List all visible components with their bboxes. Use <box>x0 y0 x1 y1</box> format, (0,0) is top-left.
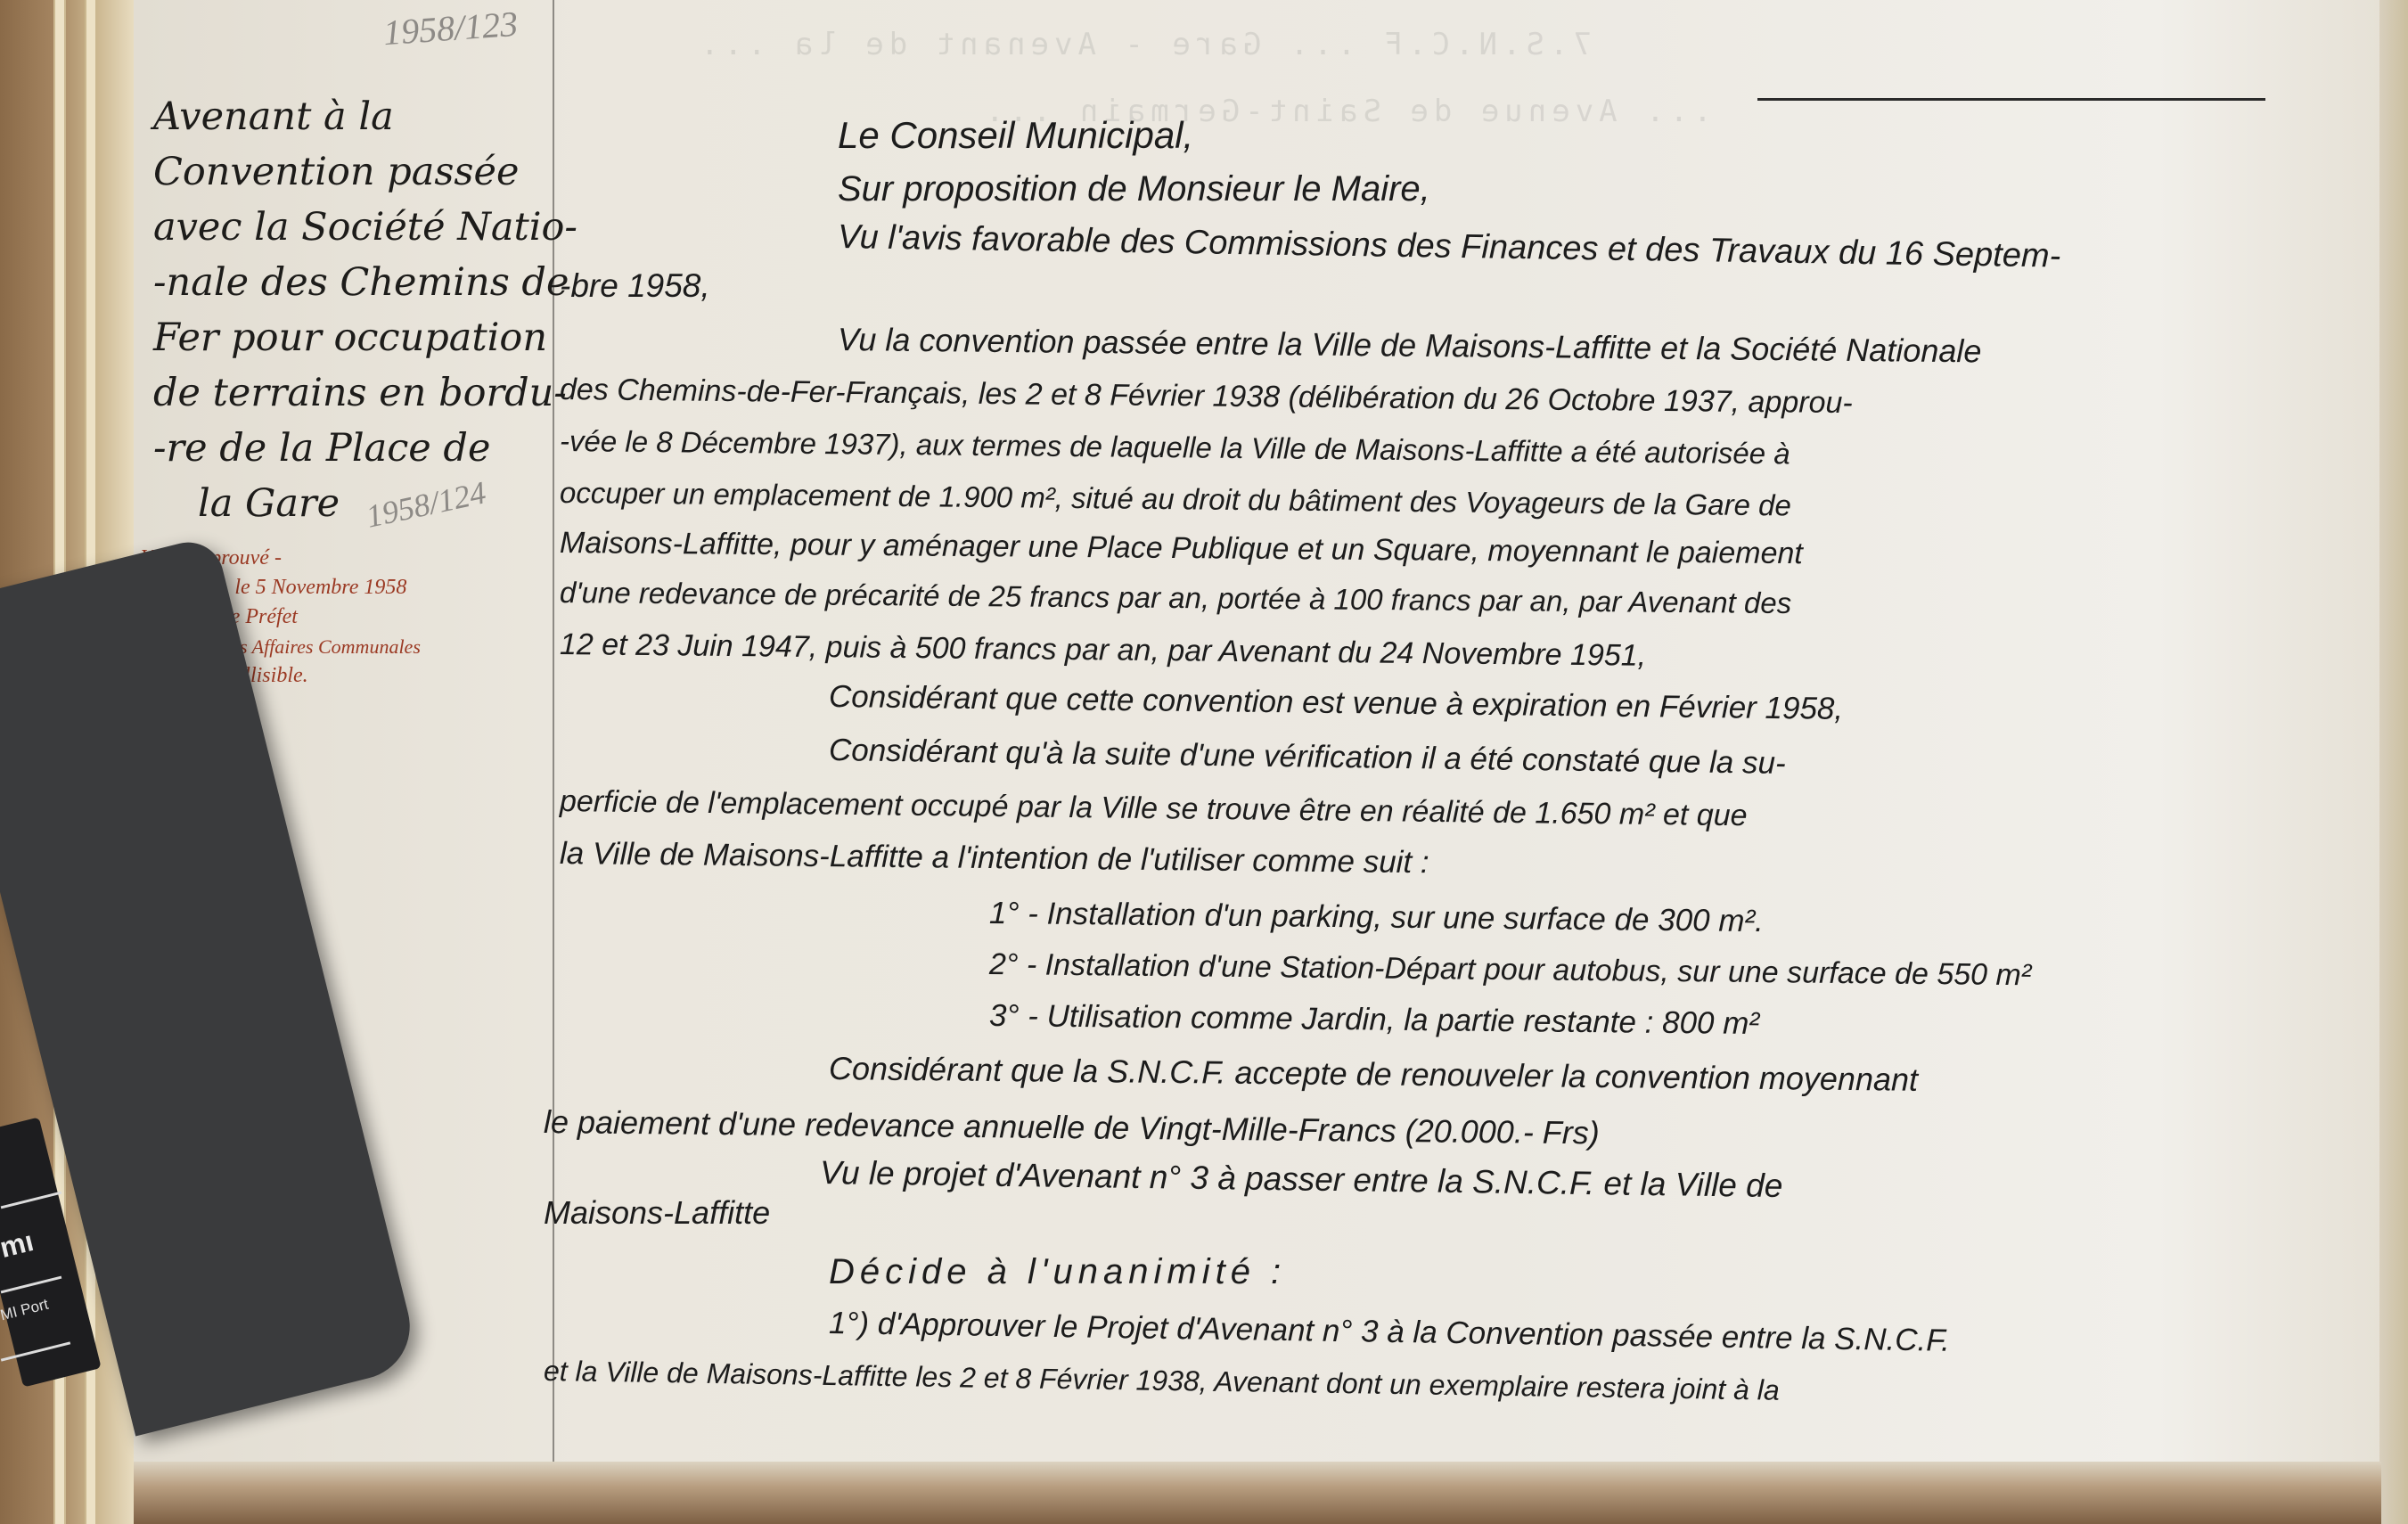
ledger-bottom-edge <box>134 1462 2381 1524</box>
body-line: Considérant que la S.N.C.F. accepte de r… <box>829 1050 1918 1099</box>
body-line: perficie de l'emplacement occupé par la … <box>560 784 1748 833</box>
decision-heading: Décide à l'unanimité : <box>829 1252 1286 1292</box>
body-line: 12 et 23 Juin 1947, puis à 500 francs pa… <box>560 627 1647 674</box>
body-line: Maisons-Laffitte, pour y aménager une Pl… <box>560 526 1803 571</box>
list-item: 1° - Installation d'un parking, sur une … <box>989 896 1764 939</box>
body-line: -vée le 8 Décembre 1937), aux termes de … <box>560 424 1790 471</box>
body-line: Le Conseil Municipal, <box>838 114 1193 157</box>
margin-title: Avenant à la Convention passée avec la S… <box>153 89 545 531</box>
margin-title-line: Fer pour occupation <box>153 310 545 365</box>
margin-title-line: -nale des Chemins de <box>153 255 545 310</box>
body-line: et la Ville de Maisons-Laffitte les 2 et… <box>544 1355 1780 1407</box>
page-edge <box>2379 0 2408 1524</box>
body-line: Vu le projet d'Avenant n° 3 à passer ent… <box>820 1154 1783 1205</box>
body-line: d'une redevance de précarité de 25 franc… <box>560 576 1791 620</box>
body-line: la Ville de Maisons-Laffitte a l'intenti… <box>560 836 1429 881</box>
body-line: le paiement d'une redevance annuelle de … <box>544 1103 1600 1151</box>
margin-title-line: la Gare <box>153 476 545 531</box>
list-item: 2° - Installation d'une Station-Départ p… <box>989 947 2032 993</box>
body-line: Vu la convention passée entre la Ville d… <box>838 321 1982 370</box>
margin-title-line: -re de la Place de <box>153 421 545 476</box>
body-line: des Chemins-de-Fer-Français, les 2 et 8 … <box>560 373 1853 421</box>
deliberation-body: Le Conseil Municipal, Sur proposition de… <box>544 0 2379 1462</box>
margin-title-line: avec la Société Natio- <box>153 200 545 255</box>
body-line: Considérant qu'à la suite d'une vérifica… <box>829 733 1786 782</box>
body-line: 1°) d'Approuver le Projet d'Avenant n° 3… <box>829 1306 1951 1359</box>
margin-title-line: Convention passée <box>153 144 545 200</box>
list-item: 3° - Utilisation comme Jardin, la partie… <box>989 998 1759 1042</box>
body-line: Considérant que cette convention est ven… <box>829 679 1844 727</box>
body-line: Maisons-Laffitte <box>544 1194 770 1232</box>
body-line: occuper un emplacement de 1.900 m², situ… <box>560 476 1791 522</box>
body-line: -bre 1958, <box>560 267 710 305</box>
body-line: Vu l'avis favorable des Commissions des … <box>838 218 2061 276</box>
margin-title-line: Avenant à la <box>153 89 545 144</box>
margin-title-line: de terrains en bordu- <box>153 365 545 421</box>
header-rule <box>1757 98 2265 101</box>
body-line: Sur proposition de Monsieur le Maire, <box>838 169 1430 209</box>
